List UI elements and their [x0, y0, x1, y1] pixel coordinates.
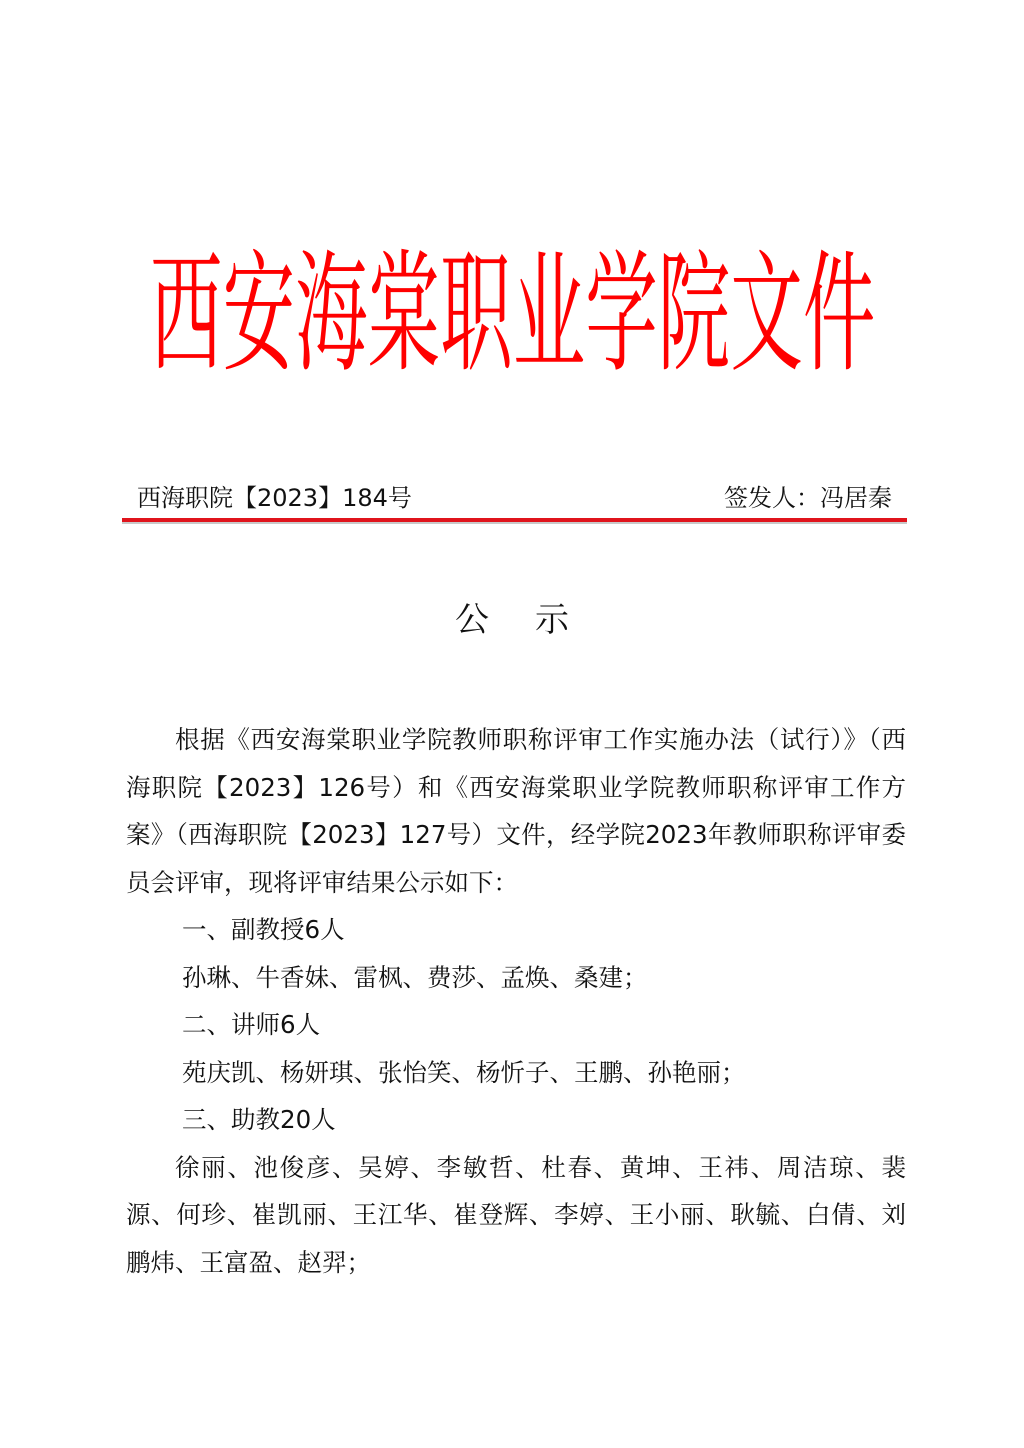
- document-title-block: 西安海棠职业学院文件: [150, 250, 875, 390]
- section-names-lecturer: 苑庆凯、杨妍琪、张怡笑、杨忻子、王鹏、孙艳丽；: [126, 1049, 906, 1097]
- section-heading-lecturer: 二、讲师6人: [126, 1001, 906, 1049]
- section-names-associate-professor: 孙琳、牛香妹、雷枫、费莎、孟焕、桑建；: [126, 954, 906, 1002]
- issuer: 签发人：冯居秦: [724, 478, 892, 518]
- document-title: 西安海棠职业学院文件: [150, 250, 875, 381]
- red-divider-rule: [122, 518, 907, 522]
- section-heading-associate-professor: 一、副教授6人: [126, 906, 906, 954]
- intro-paragraph: 根据《西安海棠职业学院教师职称评审工作实施办法（试行）》（西海职院【2023】1…: [126, 716, 906, 906]
- section-names-teaching-assistant: 徐丽、池俊彦、吴婷、李敏哲、杜春、黄坤、王祎、周洁琼、裴源、何珍、崔凯丽、王江华…: [126, 1144, 906, 1287]
- document-number: 西海职院【2023】184号: [137, 478, 412, 518]
- notice-heading: 公示: [0, 595, 1024, 645]
- section-heading-teaching-assistant: 三、助教20人: [126, 1096, 906, 1144]
- document-meta-row: 西海职院【2023】184号 签发人：冯居秦: [137, 478, 892, 518]
- notice-body: 根据《西安海棠职业学院教师职称评审工作实施办法（试行）》（西海职院【2023】1…: [126, 716, 906, 1286]
